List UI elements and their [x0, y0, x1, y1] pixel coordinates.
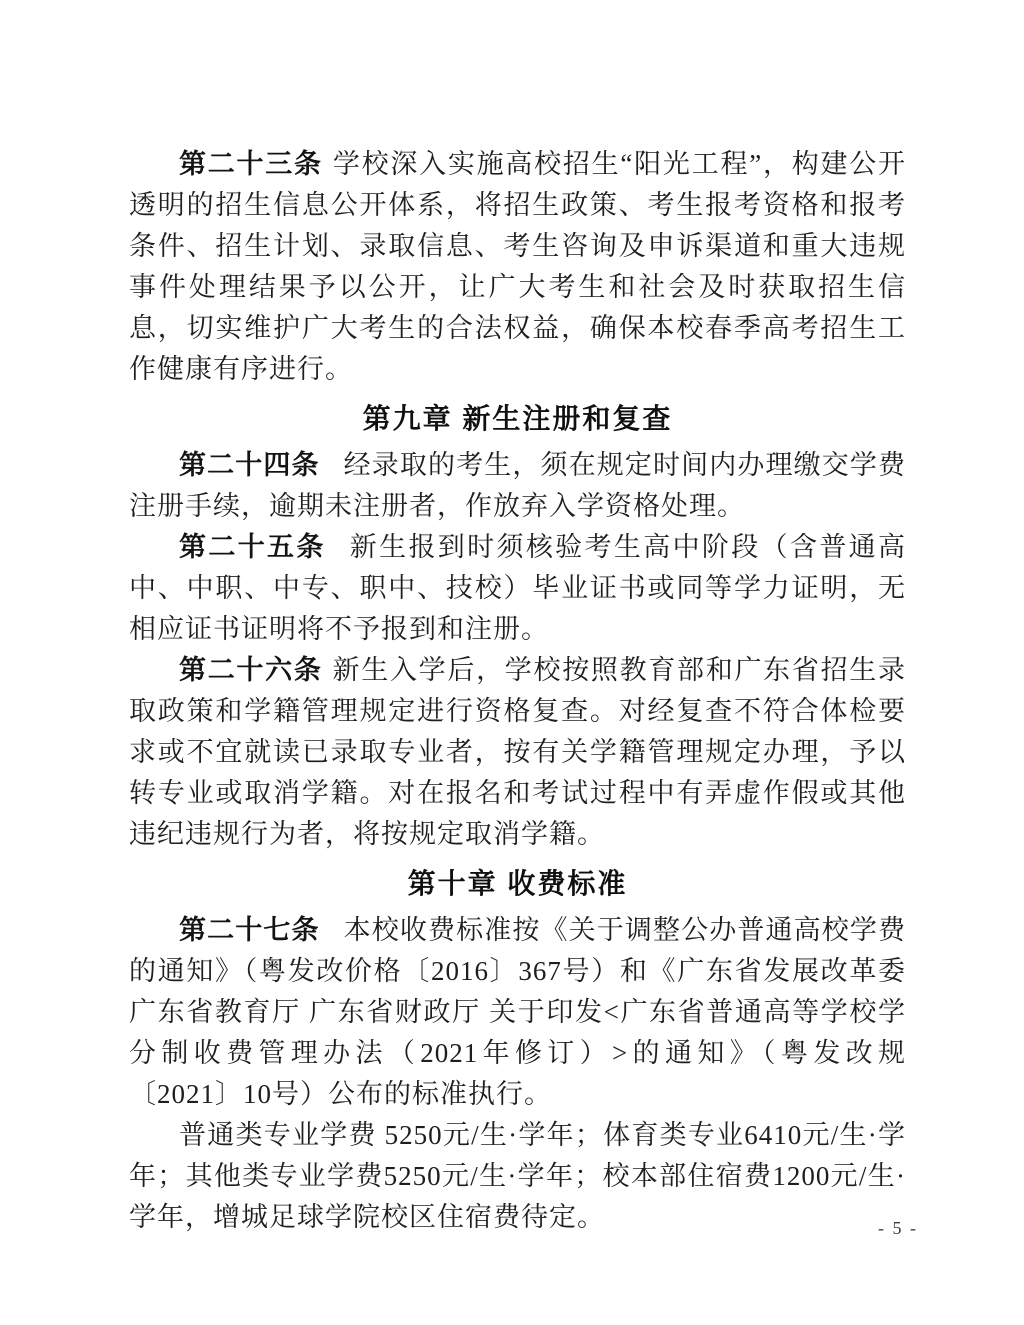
- paragraph-tuition-fees: 普通类专业学费 5250元/生·学年；体育类专业6410元/生·学年；其他类专业…: [129, 1115, 906, 1238]
- article-23-text: 学校深入实施高校招生“阳光工程”，构建公开透明的招生信息公开体系，将招生政策、考…: [129, 149, 906, 384]
- article-27-number-label: 第二十七条: [179, 915, 320, 945]
- paragraph-article-26: 第二十六条新生入学后，学校按照教育部和广东省招生录取政策和学籍管理规定进行资格复…: [129, 650, 906, 855]
- article-26-number-label: 第二十六条: [179, 655, 323, 685]
- document-content: 第二十三条学校深入实施高校招生“阳光工程”，构建公开透明的招生信息公开体系，将招…: [129, 144, 906, 1238]
- article-24-number-label: 第二十四条: [179, 450, 320, 480]
- tuition-fees-text: 普通类专业学费 5250元/生·学年；体育类专业6410元/生·学年；其他类专业…: [129, 1120, 906, 1232]
- document-page: 第二十三条学校深入实施高校招生“阳光工程”，构建公开透明的招生信息公开体系，将招…: [0, 0, 1024, 1325]
- article-23-number-label: 第二十三条: [179, 149, 323, 179]
- article-25-number-label: 第二十五条: [179, 532, 326, 562]
- paragraph-article-25: 第二十五条新生报到时须核验考生高中阶段（含普通高中、中职、中专、职中、技校）毕业…: [129, 527, 906, 650]
- paragraph-article-27: 第二十七条本校收费标准按《关于调整公办普通高校学费的通知》（粤发改价格〔2016…: [129, 910, 906, 1115]
- paragraph-article-23: 第二十三条学校深入实施高校招生“阳光工程”，构建公开透明的招生信息公开体系，将招…: [129, 144, 906, 390]
- paragraph-article-24: 第二十四条经录取的考生，须在规定时间内办理缴交学费注册手续，逾期未注册者，作放弃…: [129, 445, 906, 527]
- chapter-10-heading: 第十章 收费标准: [129, 863, 906, 904]
- page-number: - 5 -: [878, 1218, 918, 1239]
- chapter-9-heading: 第九章 新生注册和复查: [129, 398, 906, 439]
